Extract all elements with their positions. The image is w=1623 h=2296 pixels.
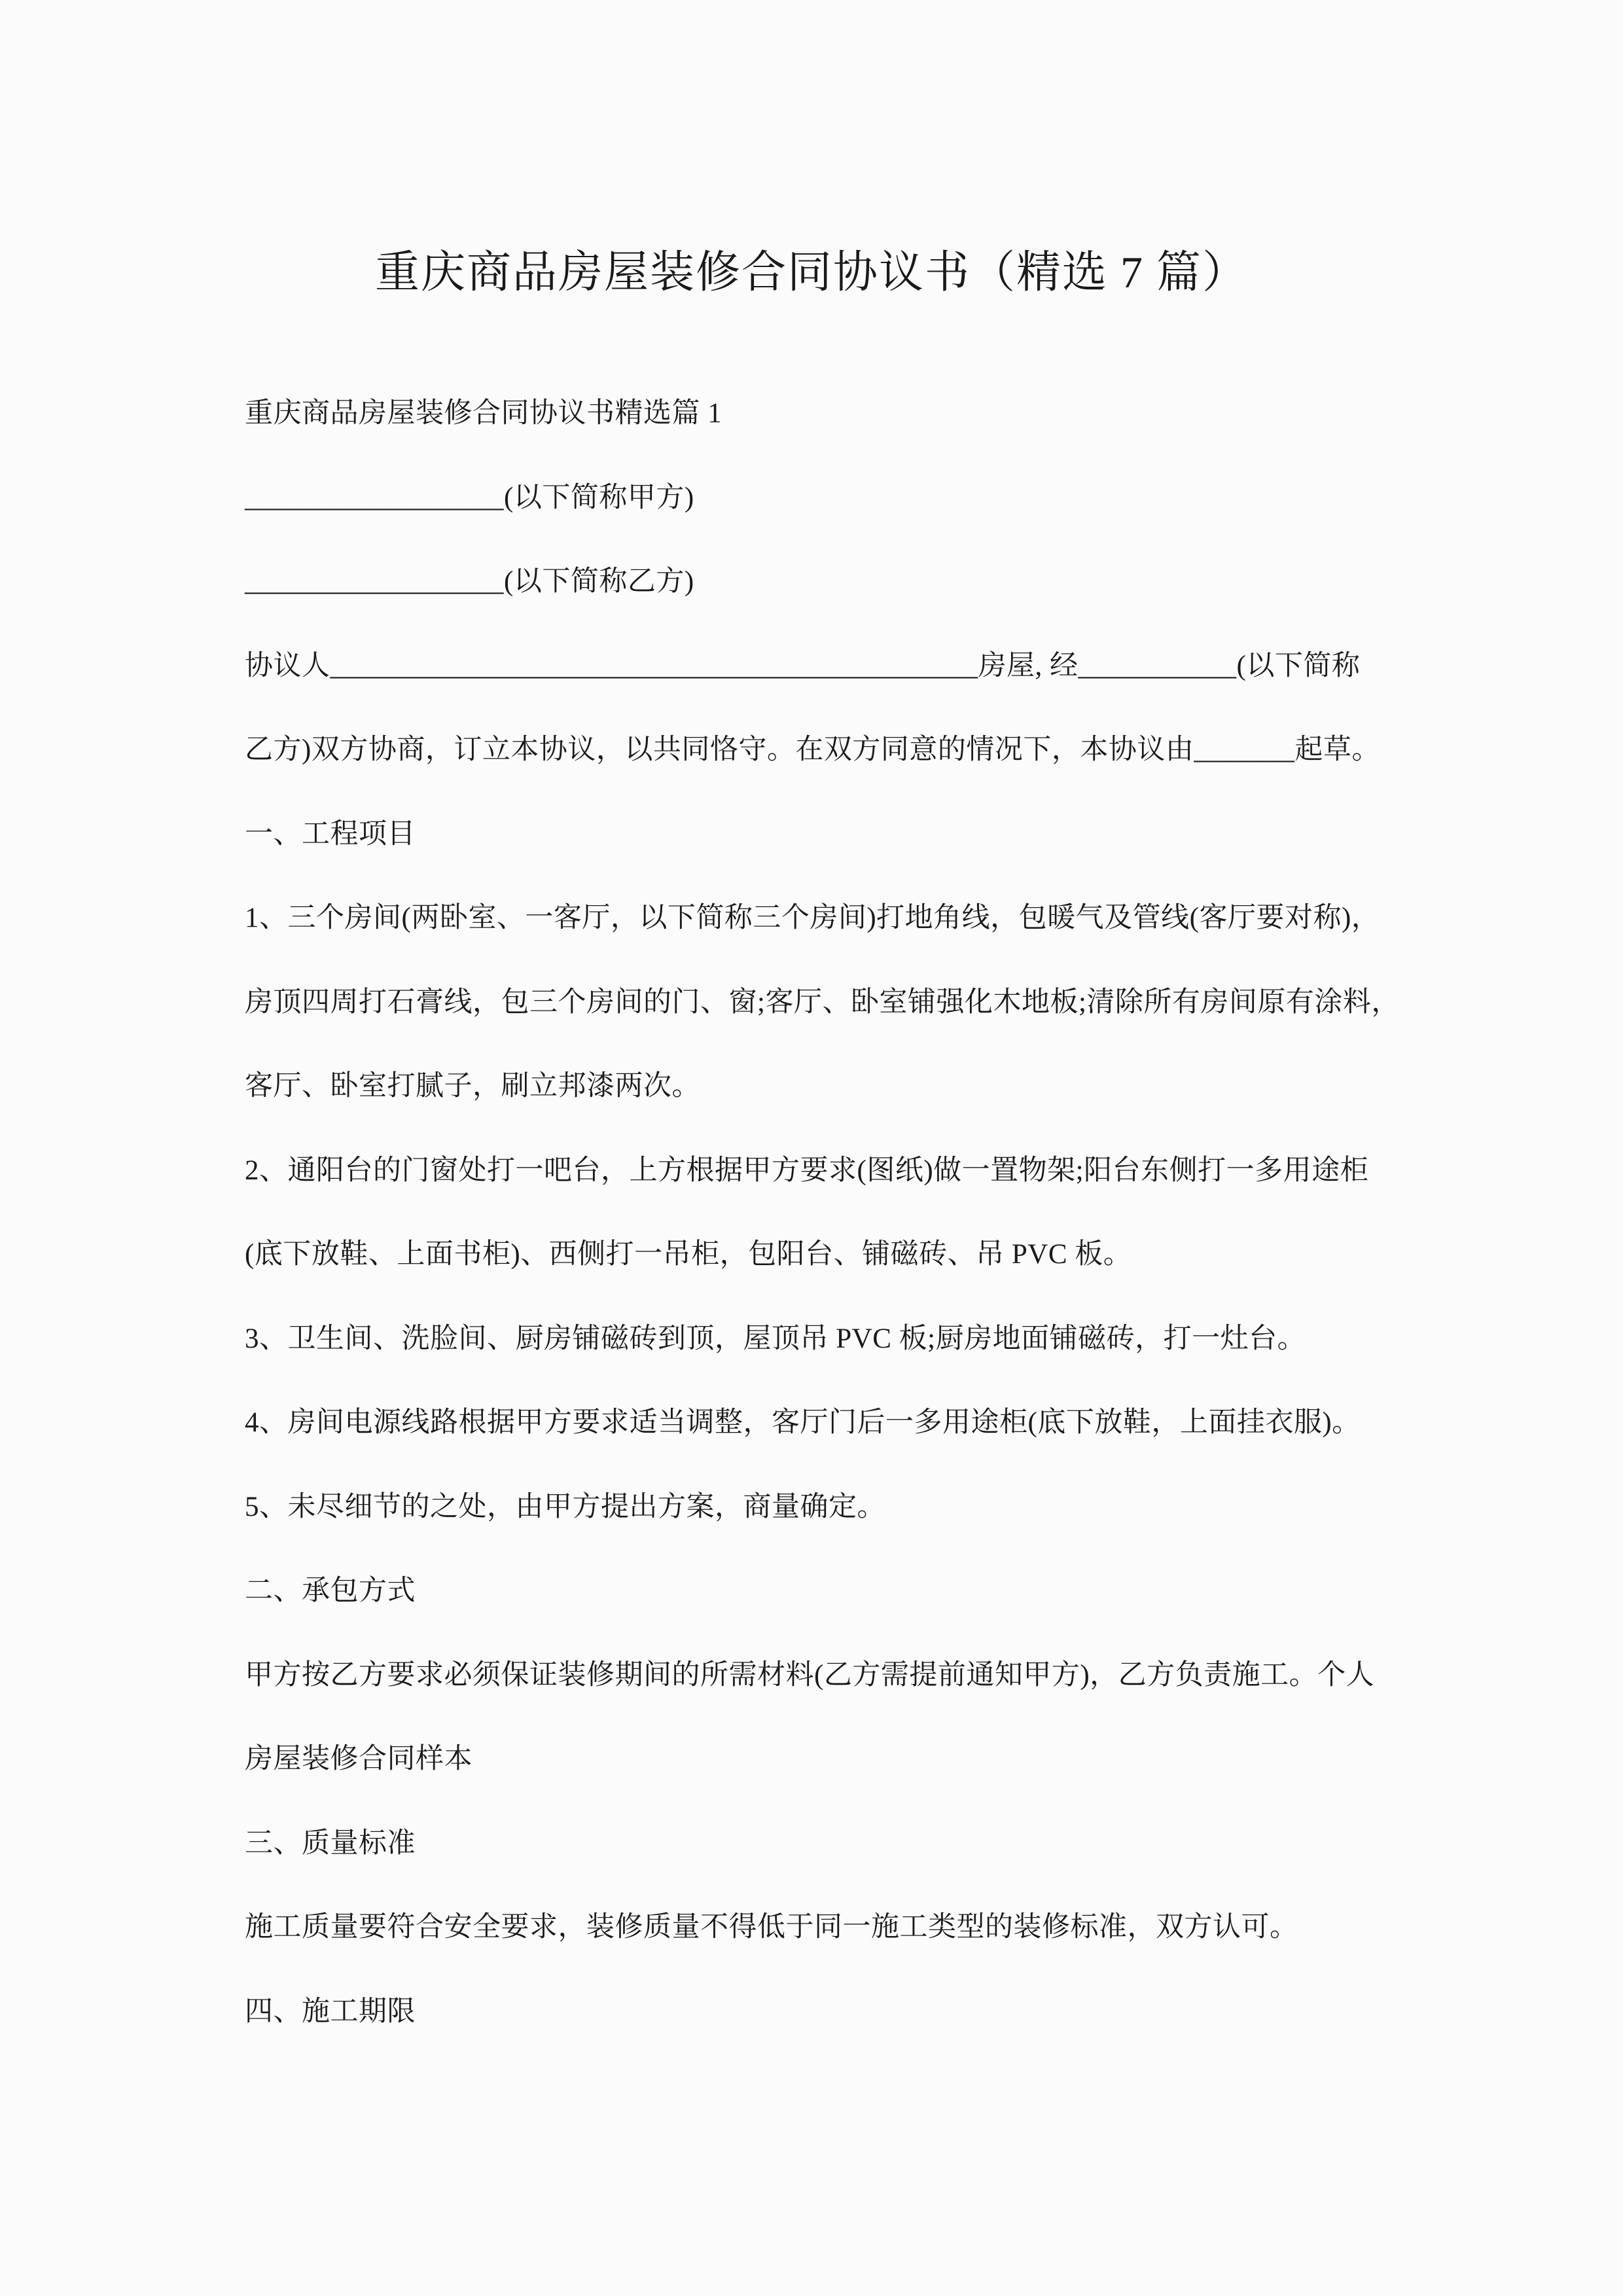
document-body: 重庆商品房屋装修合同协议书精选篇 1__________________(以下简… — [245, 372, 1402, 2054]
document-line: __________________(以下简称甲方) — [245, 456, 1402, 541]
document-line: 房屋装修合同样本 — [245, 1717, 1402, 1802]
document-line: 四、施工期限 — [245, 1970, 1402, 2054]
document-line: 5、未尽细节的之处，由甲方提出方案，商量确定。 — [245, 1465, 1402, 1550]
document-line: 1、三个房间(两卧室、一客厅，以下简称三个房间)打地角线，包暖气及管线(客厅要对… — [245, 876, 1402, 961]
document-line: 房顶四周打石膏线，包三个房间的门、窗;客厅、卧室铺强化木地板;清除所有房间原有涂… — [245, 961, 1402, 1045]
document-line: 乙方)双方协商，订立本协议，以共同恪守。在双方同意的情况下，本协议由______… — [245, 708, 1402, 793]
document-line: 4、房间电源线路根据甲方要求适当调整，客厅门后一多用途柜(底下放鞋，上面挂衣服)… — [245, 1381, 1402, 1465]
document-line: 客厅、卧室打腻子，刷立邦漆两次。 — [245, 1045, 1402, 1129]
document-line: 重庆商品房屋装修合同协议书精选篇 1 — [245, 372, 1402, 456]
document-title: 重庆商品房屋装修合同协议书（精选 7 篇） — [0, 226, 1623, 318]
document-line: 三、质量标准 — [245, 1802, 1402, 1886]
document-line: 3、卫生间、洗脸间、厨房铺磁砖到顶，屋顶吊 PVC 板;厨房地面铺磁砖，打一灶台… — [245, 1297, 1402, 1382]
document-line: 2、通阳台的门窗处打一吧台，上方根据甲方要求(图纸)做一置物架;阳台东侧打一多用… — [245, 1129, 1402, 1213]
document-line: __________________(以下简称乙方) — [245, 540, 1402, 624]
document-line: 施工质量要符合安全要求，装修质量不得低于同一施工类型的装修标准，双方认可。 — [245, 1886, 1402, 1970]
document-line: 二、承包方式 — [245, 1549, 1402, 1634]
document-line: 甲方按乙方要求必须保证装修期间的所需材料(乙方需提前通知甲方)，乙方负责施工。个… — [245, 1634, 1402, 1718]
document-line: 一、工程项目 — [245, 793, 1402, 877]
document-page: { "page": { "background": "#fbfbfb", "te… — [0, 0, 1623, 2296]
document-line: (底下放鞋、上面书柜)、西侧打一吊柜，包阳台、铺磁砖、吊 PVC 板。 — [245, 1213, 1402, 1297]
document-line: 协议人_____________________________________… — [245, 624, 1402, 709]
